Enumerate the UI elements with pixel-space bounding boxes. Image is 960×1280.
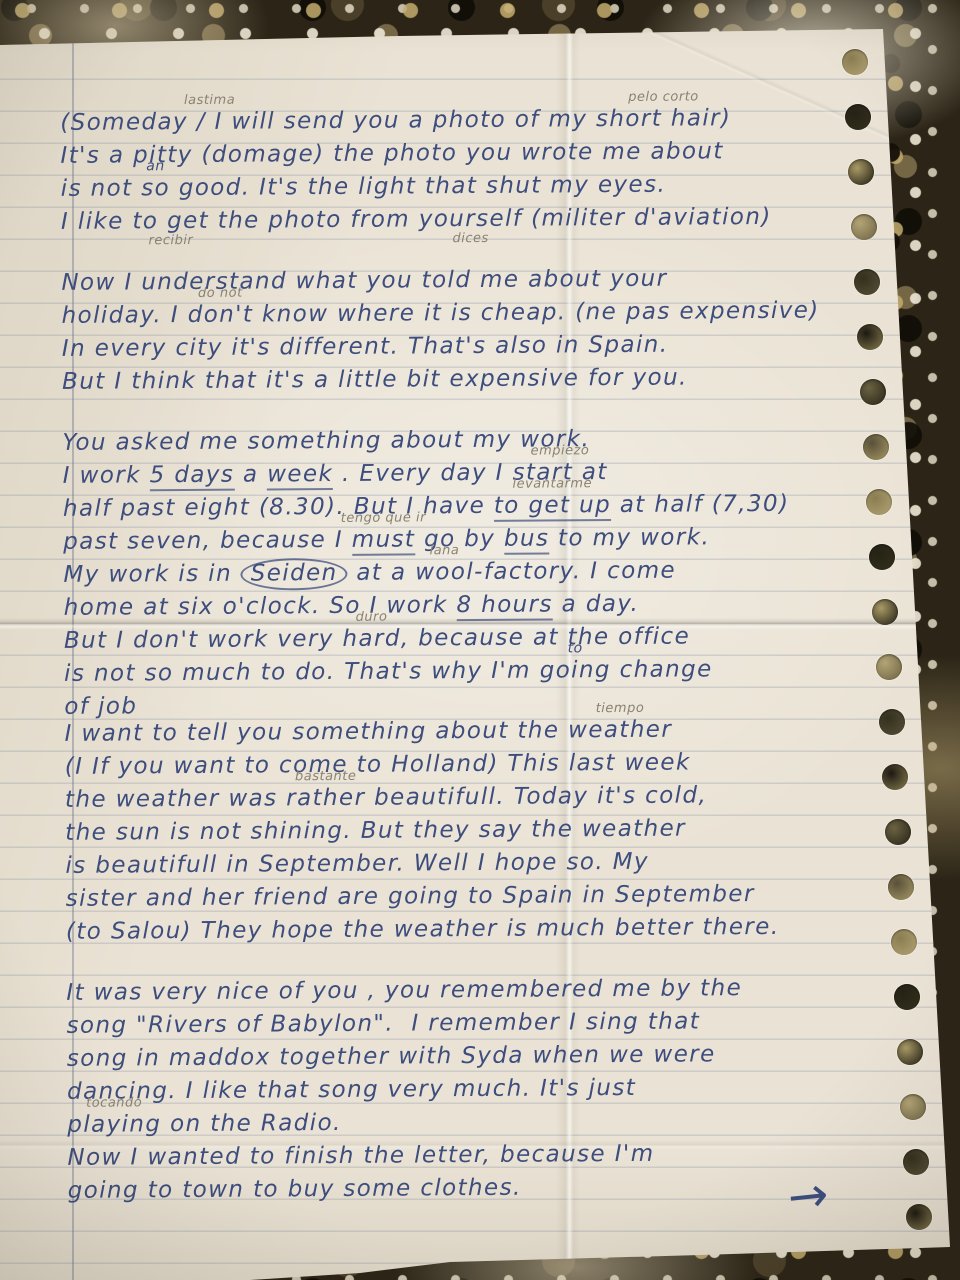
letter-text-segment: I like: [61, 208, 133, 234]
letter-text-segment: / Ilastima: [197, 109, 223, 135]
letter-text-segment: home at six o'clock. So I work: [64, 592, 457, 621]
letter-text-segment: song "Rivers of Babylon". I remember I s…: [66, 1008, 700, 1038]
letter-text-segment: You asked me something about my work.: [62, 426, 590, 456]
pencil-annotation: dices: [452, 232, 488, 245]
letter-line: holiday. I don'tdo not know where it is …: [62, 294, 888, 333]
pencil-annotation: empiezo: [531, 444, 590, 457]
letter-text-segment: of job: [64, 693, 137, 720]
letter-text-segment: My work is in: [63, 561, 240, 588]
letter-text-segment: change: [611, 656, 713, 683]
pencil-annotation: tengo que ir: [341, 511, 426, 525]
letter-text-segment: the photo from: [209, 206, 419, 233]
perforation-hole: [888, 874, 914, 900]
letter-text-segment: the weather was: [65, 785, 286, 813]
paragraph: I want to tell you something about the w…: [64, 712, 892, 949]
perforation-hole: [903, 1149, 929, 1175]
letter-text-segment: week: [267, 461, 333, 490]
pencil-annotation: duro: [356, 611, 388, 624]
letter-text-segment: musttengo que ir: [352, 526, 416, 555]
perforation-hole: [897, 1039, 923, 1065]
letter-text-segment: know where it is cheap. (ne pas expensiv…: [253, 298, 820, 328]
letter-text-segment: I work: [63, 462, 150, 489]
letter-text-segment: woollana: [415, 559, 474, 585]
letter-text-segment: to get uplevantarme: [494, 492, 611, 522]
pencil-annotation: lastima: [184, 94, 235, 107]
letter-text-segment: to getrecibir: [132, 208, 209, 235]
letter-text-segment: hardduro: [342, 626, 401, 652]
letter-text-segment: a day.: [553, 591, 640, 618]
letter-line: I like to getrecibir the photo from your…: [61, 200, 887, 239]
letter-text-segment: It was very nice of you , you remembered…: [66, 975, 742, 1006]
letter-text-segment: Now I wanted to finish the letter, becau…: [67, 1141, 654, 1171]
letter-text-segment: In every city it's different. That's als…: [62, 332, 669, 362]
ink-annotation: to: [568, 642, 583, 655]
pencil-annotation: bastante: [295, 770, 356, 783]
letter-text-segment: , because at the office: [401, 624, 690, 652]
perforation-hole: [842, 49, 868, 75]
letter-text-segment: 5 days: [150, 462, 235, 492]
letter-text-segment: But I don't work very: [64, 626, 343, 654]
handwritten-letter-text: (Someday / Ilastima will send you a phot…: [60, 101, 894, 1208]
letter-text-segment: soan: [141, 175, 170, 201]
letter-text-segment: going to town to buy some clothes.: [68, 1175, 522, 1204]
letter-text-segment: past seven, because I: [63, 527, 352, 555]
letter-text-segment: the sun is not shining. But they say the…: [65, 816, 686, 846]
letter-text-segment: go by: [415, 526, 504, 553]
letter-text-segment: dancing. I like that song very much. It'…: [67, 1075, 636, 1105]
pencil-annotation: do not: [198, 287, 243, 300]
pencil-annotation: pelo corto: [628, 90, 699, 103]
letter-text-segment: (to Salou) They hope the weather is much…: [66, 914, 780, 945]
letter-text-segment: on the Radio.: [161, 1110, 342, 1137]
letter-text-segment: half past eight (8.30). But I have: [63, 493, 494, 522]
letter-text-segment: (I If you want to come to Holland) This …: [65, 750, 691, 780]
letter-text-segment: a: [234, 461, 267, 487]
ink-annotation: an: [146, 160, 165, 173]
letter-text-segment: sister and her friend are going to Spain…: [66, 881, 755, 912]
pencil-annotation: tocando: [86, 1096, 142, 1109]
perforation-hole: [906, 1204, 932, 1230]
paragraph: It was very nice of you , you remembered…: [66, 971, 894, 1208]
letter-text-segment: (militer d'aviation): [522, 204, 772, 232]
letter-text-segment: But I think that it's a little bit expen…: [62, 365, 688, 395]
letter-text-segment: I want to tell you something about the: [64, 717, 568, 747]
letter-paper: (Someday / Ilastima will send you a phot…: [0, 0, 960, 1280]
perforation-hole: [894, 984, 920, 1010]
letter-text-segment: don'tdo not: [188, 302, 254, 328]
letter-text-segment: is not so much to do. That's why I'm: [64, 658, 540, 687]
letter-text-segment: 8 hours: [456, 591, 553, 621]
pencil-annotation: lana: [430, 544, 460, 557]
letter-text-segment: is beautifull in September. Well I hope …: [65, 849, 649, 879]
paragraph: (Someday / Ilastima will send you a phot…: [60, 101, 887, 239]
letter-text-segment: . Every day I: [333, 460, 513, 487]
letter-text-segment: Now I understand what you told me about …: [61, 266, 667, 296]
letter-text-segment: short hair)pelo corto: [596, 105, 731, 132]
letter-line: (to Salou) They hope the weather is much…: [66, 910, 892, 949]
letter-text-segment: good. It's the light that shut my eyes.: [170, 172, 666, 201]
perforation-hole: [891, 929, 917, 955]
letter-text-segment: at a: [348, 559, 416, 585]
pencil-annotation: levantarme: [512, 477, 592, 491]
letter-text-segment: at half (7,30): [611, 491, 790, 518]
letter-text-segment: beautifull. Today it's cold,: [365, 782, 707, 810]
perforation-hole: [900, 1094, 926, 1120]
letter-text-segment: (Someday: [60, 109, 197, 136]
paragraph: Now I understand what you told me about …: [61, 261, 888, 399]
letter-line: half past eight (8.30). But I have to ge…: [63, 487, 889, 526]
letter-text-segment: Seiden: [241, 558, 348, 591]
letter-text-segment: ratherbastante: [286, 785, 365, 812]
letter-line: But I think that it's a little bit expen…: [62, 360, 888, 399]
letter-line: going to town to buy some clothes.: [68, 1169, 894, 1208]
letter-text-segment: -factory. I come: [474, 558, 676, 585]
letter-text-segment: holiday. I: [62, 302, 188, 329]
letter-text-segment: to my work.: [549, 524, 710, 551]
pencil-annotation: recibir: [148, 234, 193, 247]
handdrawn-arrow: →: [785, 1166, 831, 1226]
letter-text-segment: yourselfdices: [419, 206, 523, 233]
letter-text-segment: playingtocando: [67, 1111, 161, 1138]
letter-text-segment: is not: [61, 175, 142, 202]
letter-text-segment: weathertiempo: [568, 717, 672, 744]
pencil-annotation: tiempo: [596, 702, 645, 715]
letter-text-segment: will send you a photo of my: [223, 106, 596, 135]
letter-text-segment: song in maddox together with Syda when w…: [67, 1041, 716, 1072]
letter-text-segment: goingto: [540, 657, 611, 683]
paragraph: You asked me something about my work.I w…: [62, 421, 890, 724]
letter-text-segment: bus: [504, 525, 550, 554]
